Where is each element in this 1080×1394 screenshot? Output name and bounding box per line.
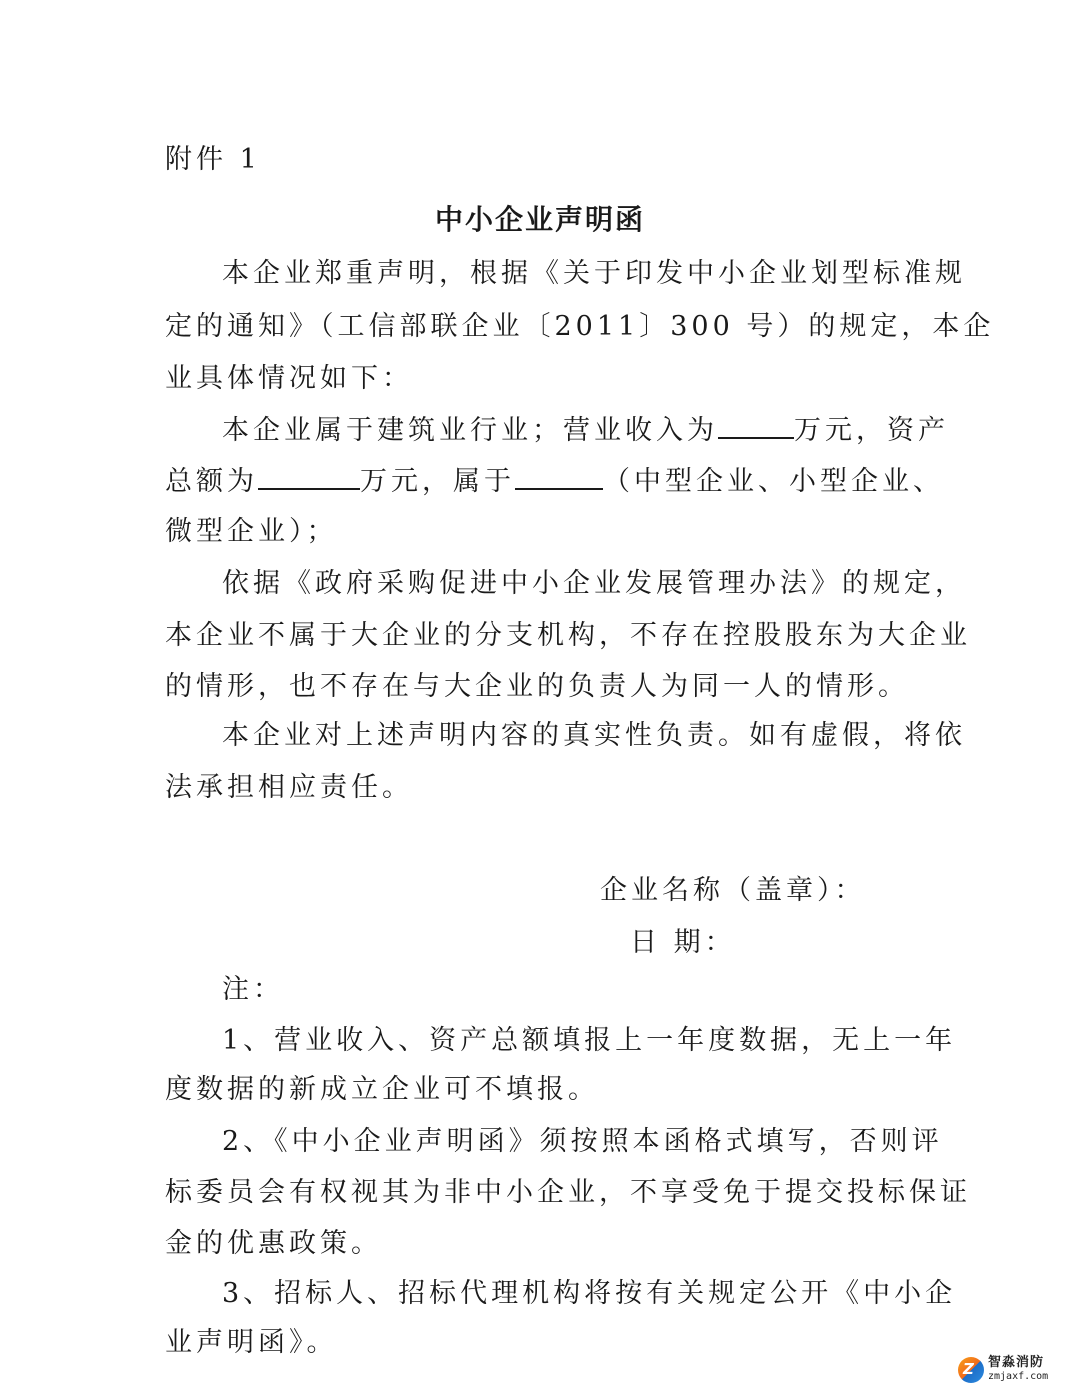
watermark-url: zmjaxf.com [988, 1370, 1048, 1384]
company-name-label: 企业名称（盖章）： [600, 868, 866, 907]
note-3-line-2: 业声明函》。 [165, 1325, 338, 1361]
enterprise-type-blank-field[interactable] [515, 466, 603, 490]
note-2-line-1: 2、《中小企业声明函》须按照本函格式填写，否则评 [222, 1124, 943, 1160]
responsibility-line-2: 法承担相应责任。 [165, 770, 413, 806]
situation-text: 总额为 [165, 466, 258, 497]
situation-line-2: 总额为万元，属于（中型企业、小型企业、 [165, 464, 944, 500]
note-1-line-2: 度数据的新成立企业可不填报。 [165, 1072, 599, 1108]
note-2-line-2: 标委员会有权视其为非中小企业，不享受免于提交投标保证 [165, 1175, 971, 1211]
situation-text: 本企业属于建筑业行业；营业收入为 [222, 415, 718, 446]
basis-line-3: 的情形，也不存在与大企业的负责人为同一人的情形。 [165, 669, 909, 705]
intro-line-2: 定的通知》（工信部联企业〔2011〕300 号）的规定，本企 [165, 309, 994, 345]
zm-logo-icon: Z [958, 1357, 984, 1383]
attachment-label: 附件 1 [165, 142, 261, 178]
revenue-blank-field[interactable] [718, 415, 794, 439]
situation-text: （中型企业、小型企业、 [603, 466, 944, 497]
watermark-brand-name: 智淼消防 [988, 1356, 1048, 1370]
responsibility-line-1: 本企业对上述声明内容的真实性负责。如有虚假，将依 [222, 718, 966, 754]
document-page: 附件 1 中小企业声明函 本企业郑重声明，根据《关于印发中小企业划型标准规 定的… [0, 0, 1080, 1394]
situation-text: 万元，资产 [794, 415, 949, 446]
situation-text: 万元，属于 [360, 466, 515, 497]
assets-blank-field[interactable] [258, 466, 360, 490]
note-2-line-3: 金的优惠政策。 [165, 1226, 382, 1262]
intro-line-3: 业具体情况如下： [165, 361, 413, 397]
intro-line-1: 本企业郑重声明，根据《关于印发中小企业划型标准规 [222, 256, 966, 292]
basis-line-2: 本企业不属于大企业的分支机构，不存在控股股东为大企业 [165, 618, 971, 654]
basis-line-1: 依据《政府采购促进中小企业发展管理办法》的规定， [222, 566, 966, 602]
document-title: 中小企业声明函 [0, 198, 1080, 238]
watermark-logo: Z 智淼消防 zmjaxf.com [958, 1352, 1068, 1388]
date-label: 日 期： [630, 920, 736, 959]
note-1-line-1: 1、营业收入、资产总额填报上一年度数据，无上一年 [222, 1023, 956, 1059]
notes-heading: 注： [222, 972, 284, 1008]
situation-line-1: 本企业属于建筑业行业；营业收入为万元，资产 [222, 413, 949, 449]
situation-line-3: 微型企业）； [165, 514, 338, 550]
note-3-line-1: 3、招标人、招标代理机构将按有关规定公开《中小企 [222, 1276, 956, 1312]
